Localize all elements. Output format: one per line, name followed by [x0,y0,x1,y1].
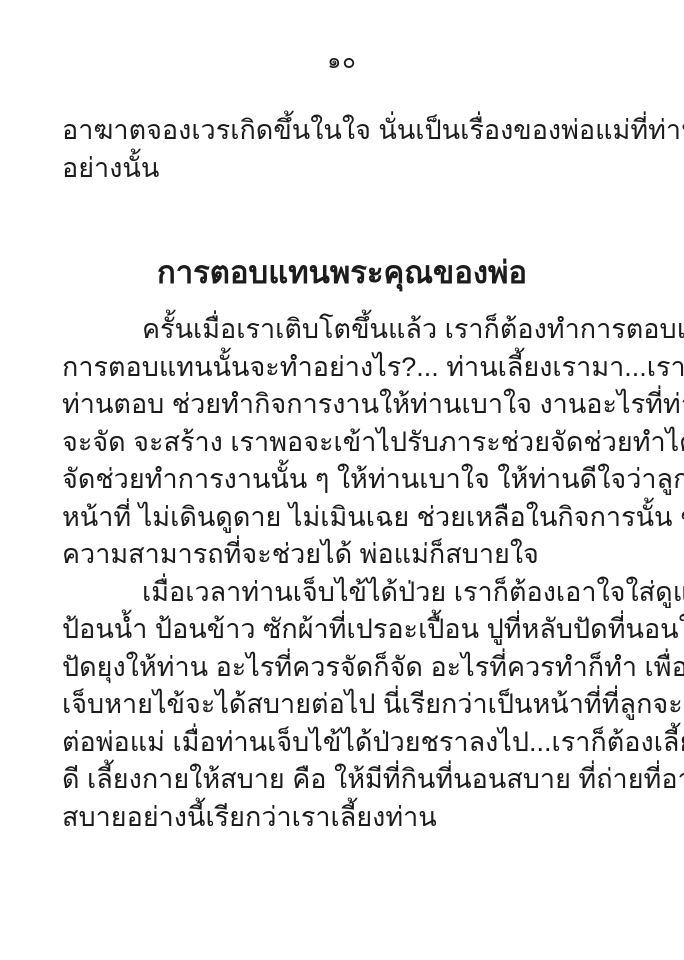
section-heading: การตอบแทนพระคุณของพ่อ [62,253,622,293]
text-line: ความสามารถที่จะช่วยได้ พ่อแม่ก็สบายใจ [62,536,622,574]
text-line: ครั้นเมื่อเราเติบโตขึ้นแล้ว เราก็ต้องทำก… [62,311,622,349]
page-number: ๑๐ [62,46,622,76]
text-line: สบายอย่างนี้เรียกว่าเราเลี้ยงท่าน [62,799,622,837]
text-line: จัดช่วยทำการงานนั้น ๆ ให้ท่านเบาใจ ให้ท่… [62,461,622,499]
text-line: ท่านตอบ ช่วยทำกิจการงานให้ท่านเบาใจ งานอ… [62,386,622,424]
intro-paragraph: อาฆาตจองเวรเกิดขึ้นในใจ นั่นเป็นเรื่องขอ… [62,112,622,187]
text-line: อย่างนั้น [62,150,622,188]
text-line: อาฆาตจองเวรเกิดขึ้นในใจ นั่นเป็นเรื่องขอ… [62,112,622,150]
text-line: การตอบแทนนั้นจะทำอย่างไร?... ท่านเลี้ยงเ… [62,349,622,387]
text-line: ดี เลี้ยงกายให้สบาย คือ ให้มีที่กินที่นอ… [62,761,622,799]
text-line: หน้าที่ ไม่เดินดูดาย ไม่เมินเฉย ช่วยเหลื… [62,499,622,537]
paragraph-serve: ครั้นเมื่อเราเติบโตขึ้นแล้ว เราก็ต้องทำก… [62,311,622,574]
document-page: ๑๐ อาฆาตจองเวรเกิดขึ้นในใจ นั่นเป็นเรื่อ… [0,0,684,960]
text-line: ต่อพ่อแม่ เมื่อท่านเจ็บไข้ได้ป่วยชราลงไป… [62,724,622,762]
text-line: ป้อนน้ำ ป้อนข้าว ซักผ้าที่เปรอะเปื้อน ปู… [62,611,622,649]
paragraph-care: เมื่อเวลาท่านเจ็บไข้ได้ป่วย เราก็ต้องเอา… [62,574,622,837]
text-line: จะจัด จะสร้าง เราพอจะเข้าไปรับภาระช่วยจั… [62,424,622,462]
text-line: เมื่อเวลาท่านเจ็บไข้ได้ป่วย เราก็ต้องเอา… [62,574,622,612]
text-line: ปัดยุงให้ท่าน อะไรที่ควรจัดก็จัด อะไรที่… [62,649,622,687]
text-line: เจ็บหายไข้จะได้สบายต่อไป นี่เรียกว่าเป็น… [62,686,622,724]
